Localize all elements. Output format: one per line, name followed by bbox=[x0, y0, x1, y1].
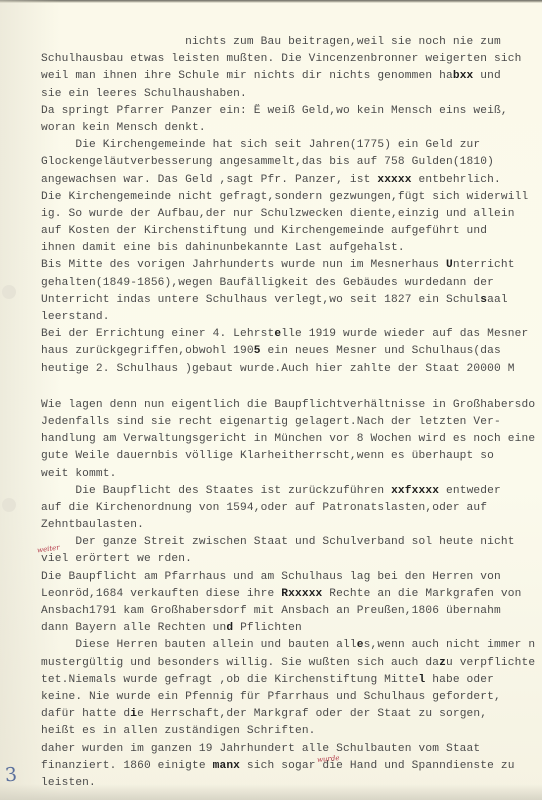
text-line: dann Bayern alle Rechten und Pflichten bbox=[41, 620, 542, 637]
text-run: Pflichten bbox=[233, 622, 302, 634]
text-line: tet.Niemals wurde gefragt ,ob die Kirche… bbox=[41, 672, 542, 689]
typed-correction: e bbox=[357, 639, 364, 651]
scan-bottom-edge bbox=[0, 784, 542, 800]
text-run: heutige 2. Schulhaus )gebaut wurde.Auch … bbox=[41, 363, 515, 375]
text-run: aal bbox=[487, 294, 508, 306]
text-line: ig. So wurde der Aufbau,der nur Schulzwe… bbox=[41, 206, 542, 223]
text-line: keine. Nie wurde ein Pfennig für Pfarrha… bbox=[41, 689, 542, 706]
text-line: haus zurückgegriffen,obwohl 1905 ein neu… bbox=[41, 343, 542, 360]
text-line: auf Kosten der Kirchenstiftung und Kirch… bbox=[41, 223, 542, 240]
paragraph-gap bbox=[41, 378, 542, 397]
scan-top-edge bbox=[0, 0, 542, 3]
punch-hole-mark bbox=[2, 285, 16, 299]
text-line: nichts zum Bau beitragen,weil sie noch n… bbox=[41, 34, 542, 51]
text-run: leerstand. bbox=[41, 311, 110, 323]
text-line: heutige 2. Schulhaus )gebaut wurde.Auch … bbox=[41, 361, 542, 378]
text-run: woran kein Mensch denkt. bbox=[41, 122, 206, 134]
text-line: finanziert. 1860 einigte manx sich sogar… bbox=[41, 758, 542, 775]
text-line: gehalten(1849-1856),wegen Baufälligkeit … bbox=[41, 275, 542, 292]
text-line: Ansbach1791 kam Großhabersdorf mit Ansba… bbox=[41, 603, 542, 620]
text-run: Diese Herren bauten allein und bauten al… bbox=[75, 639, 356, 651]
text-line: Jedenfalls sind sie recht eigenartig gel… bbox=[41, 414, 542, 431]
text-run: und bbox=[473, 70, 500, 82]
typed-correction: Rxxxxx bbox=[281, 588, 322, 600]
typed-correction: 5 bbox=[254, 345, 261, 357]
text-line: angewachsen war. Das Geld ,sagt Pfr. Pan… bbox=[41, 172, 542, 189]
text-run: s,wenn auch nicht immer n bbox=[364, 639, 536, 651]
text-line: handlung am Verwaltungsgericht in Münche… bbox=[41, 431, 542, 448]
typed-correction: xxfxxxx bbox=[391, 485, 439, 497]
text-line: weil man ihnen ihre Schule mir nichts di… bbox=[41, 68, 542, 85]
text-line: ihnen damit eine bis dahinunbekannte Las… bbox=[41, 240, 542, 257]
text-run: weil man ihnen ihre Schule mir nichts di… bbox=[41, 70, 453, 82]
typed-correction: manx bbox=[213, 760, 240, 772]
text-line: mustergültig und besonders willig. Sie w… bbox=[41, 655, 542, 672]
text-run: angewachsen war. Das Geld ,sagt Pfr. Pan… bbox=[41, 174, 377, 186]
text-line: Schulhausbau etwas leisten mußten. Die V… bbox=[41, 51, 542, 68]
text-line: Leonröd,1684 verkauften diese ihre Rxxxx… bbox=[41, 586, 542, 603]
text-run: Unterricht indas untere Schulhaus verleg… bbox=[41, 294, 480, 306]
text-run: mustergültig und besonders willig. Sie w… bbox=[41, 657, 439, 669]
text-line: Diese Herren bauten allein und bauten al… bbox=[41, 637, 542, 654]
text-run: Leonröd,1684 verkauften diese ihre bbox=[41, 588, 281, 600]
typed-correction: U bbox=[446, 259, 453, 271]
text-run: Schulhausbau etwas leisten mußten. Die V… bbox=[41, 53, 521, 65]
typed-correction: xxxxx bbox=[377, 174, 411, 186]
text-line: Wie lagen denn nun eigentlich die Baupfl… bbox=[41, 397, 542, 414]
text-line: Glockengeläutverbesserung angesammelt,da… bbox=[41, 154, 542, 171]
text-run: Der ganze Streit zwischen Staat und Schu… bbox=[75, 536, 514, 548]
text-run: nichts zum Bau beitragen,weil sie noch n… bbox=[185, 36, 501, 48]
text-run: Die Baupflicht am Pfarrhaus und am Schul… bbox=[41, 571, 501, 583]
text-run: Ansbach1791 kam Großhabersdorf mit Ansba… bbox=[41, 605, 501, 617]
text-line: gute Weile dauernbis völlige Klarheither… bbox=[41, 448, 542, 465]
text-run: Jedenfalls sind sie recht eigenartig gel… bbox=[41, 416, 501, 428]
text-run: heißt es in allen zuständigen Schriften. bbox=[41, 725, 316, 737]
text-run: Glockengeläutverbesserung angesammelt,da… bbox=[41, 156, 494, 168]
typed-correction: z bbox=[439, 657, 446, 669]
text-line: Die Baupflicht des Staates ist zurückzuf… bbox=[41, 483, 542, 500]
text-run: Rechte an die Markgrafen von bbox=[322, 588, 521, 600]
text-run: Die Kirchengemeinde nicht gefragt,sonder… bbox=[41, 191, 528, 203]
typed-correction: bxx bbox=[453, 70, 474, 82]
text-run: haus zurückgegriffen,obwohl 190 bbox=[41, 345, 254, 357]
text-run: gute Weile dauernbis völlige Klarheither… bbox=[41, 450, 494, 462]
text-line: Die Kirchengemeinde hat sich seit Jahren… bbox=[41, 137, 542, 154]
text-run: ihnen damit eine bis dahinunbekannte Las… bbox=[41, 242, 405, 254]
text-run: auf Kosten der Kirchenstiftung und Kirch… bbox=[41, 225, 487, 237]
text-run: Bei der Errichtung einer 4. Lehrst bbox=[41, 328, 274, 340]
punch-hole-mark bbox=[2, 498, 16, 512]
text-run: handlung am Verwaltungsgericht in Münche… bbox=[41, 433, 535, 445]
text-run: ig. So wurde der Aufbau,der nur Schulzwe… bbox=[41, 208, 515, 220]
text-line: leerstand. bbox=[41, 309, 542, 326]
text-line: auf die Kirchenordnung von 1594,oder auf… bbox=[41, 500, 542, 517]
text-line: Da springt Pfarrer Panzer ein: Ë weiß G… bbox=[41, 103, 542, 120]
text-run: lle 1919 wurde wieder auf das Mesner bbox=[281, 328, 528, 340]
text-run: sie ein leeres Schulhaushaben. bbox=[41, 88, 247, 100]
text-run: daher wurden im ganzen 19 Jahrhundert al… bbox=[41, 743, 480, 755]
text-run: Die Baupflicht des Staates ist zurückzuf… bbox=[75, 485, 391, 497]
text-line: daher wurden im ganzen 19 Jahrhundert al… bbox=[41, 741, 542, 758]
text-run: ein neues Mesner und Schulhaus(das bbox=[261, 345, 501, 357]
text-run: keine. Nie wurde ein Pfennig für Pfarrha… bbox=[41, 691, 501, 703]
text-line: dafür hatte die Herrschaft,der Markgraf … bbox=[41, 706, 542, 723]
text-run: gehalten(1849-1856),wegen Baufälligkeit … bbox=[41, 277, 494, 289]
scanned-document-page: nichts zum Bau beitragen,weil sie noch n… bbox=[0, 0, 542, 800]
text-line: weit kommt. bbox=[41, 466, 542, 483]
text-run: dafür hatte d bbox=[41, 708, 130, 720]
text-line: woran kein Mensch denkt. bbox=[41, 120, 542, 137]
text-run: tet.Niemals wurde gefragt ,ob die Kirche… bbox=[41, 674, 419, 686]
text-run: entbehrlich. bbox=[412, 174, 501, 186]
text-line: viel erörtert we rden. bbox=[41, 551, 542, 568]
text-line: Unterricht indas untere Schulhaus verleg… bbox=[41, 292, 542, 309]
text-run: Die Kirchengemeinde hat sich seit Jahren… bbox=[75, 139, 480, 151]
text-run: viel erörtert we rden. bbox=[41, 553, 192, 565]
text-run: Wie lagen denn nun eigentlich die Baupfl… bbox=[41, 399, 535, 411]
text-run: finanziert. 1860 einigte bbox=[41, 760, 213, 772]
text-line: heißt es in allen zuständigen Schriften. bbox=[41, 723, 542, 740]
text-run: entweder bbox=[439, 485, 501, 497]
text-run: Bis Mitte des vorigen Jahrhunderts wurde… bbox=[41, 259, 446, 271]
text-run: habe oder bbox=[425, 674, 494, 686]
text-run: Da springt Pfarrer Panzer ein: Ë weiß G… bbox=[41, 105, 508, 117]
text-run: u verpflichte bbox=[446, 657, 535, 669]
typewritten-text-body: nichts zum Bau beitragen,weil sie noch n… bbox=[41, 34, 542, 792]
text-run: sich sogar die Hand und Spanndienste zu bbox=[240, 760, 515, 772]
text-run: weit kommt. bbox=[41, 468, 117, 480]
text-line: Die Baupflicht am Pfarrhaus und am Schul… bbox=[41, 569, 542, 586]
text-run: dann Bayern alle Rechten un bbox=[41, 622, 226, 634]
text-line: Die Kirchengemeinde nicht gefragt,sonder… bbox=[41, 189, 542, 206]
text-line: Bis Mitte des vorigen Jahrhunderts wurde… bbox=[41, 257, 542, 274]
text-line: Bei der Errichtung einer 4. Lehrstelle 1… bbox=[41, 326, 542, 343]
text-run: e Herrschaft,der Markgraf oder der Staat… bbox=[137, 708, 487, 720]
handwritten-page-number: 3 bbox=[4, 764, 18, 787]
text-line: sie ein leeres Schulhaushaben. bbox=[41, 86, 542, 103]
text-line: Zehntbaulasten. bbox=[41, 517, 542, 534]
text-line: Der ganze Streit zwischen Staat und Schu… bbox=[41, 534, 542, 551]
text-run: auf die Kirchenordnung von 1594,oder auf… bbox=[41, 502, 487, 514]
text-run: Zehntbaulasten. bbox=[41, 519, 144, 531]
text-run: nterricht bbox=[453, 259, 515, 271]
